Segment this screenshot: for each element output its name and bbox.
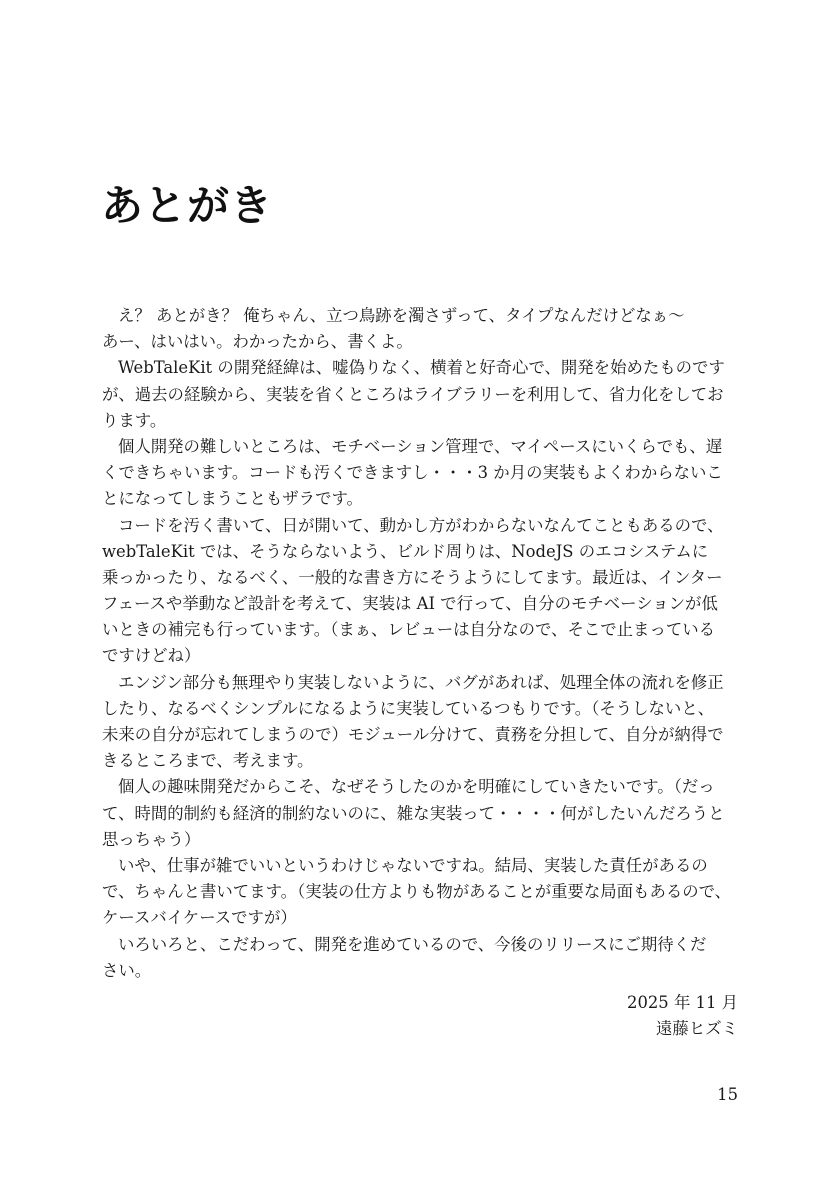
paragraph-line: いときの補完も行っています。（まぁ、レビューは自分なので、そこで止まっている	[102, 617, 742, 643]
paragraph-line: え？ あとがき？ 俺ちゃん、立つ鳥跡を濁さずって、タイプなんだけどなぁ～	[102, 303, 742, 329]
paragraph-line: て、時間的制約も経済的制約ないのに、雑な実装って・・・・何がしたいんだろうと	[102, 801, 742, 827]
paragraph-line: ですけどね）	[102, 643, 742, 669]
paragraph-line: コードを汚く書いて、日が開いて、動かし方がわからないなんてこともあるので、	[102, 513, 742, 539]
paragraph-line: フェースや挙動など設計を考えて、実装は AI で行って、自分のモチベーションが低	[102, 591, 742, 617]
paragraph-line: とになってしまうこともザラです。	[102, 486, 742, 512]
paragraph-line: さい。	[102, 958, 742, 984]
page-number: 15	[717, 1082, 738, 1108]
paragraph-line: あー、はいはい。わかったから、書くよ。	[102, 329, 742, 355]
signature-date: 2025 年 11 月	[627, 990, 738, 1016]
paragraph-line: 個人の趣味開発だからこそ、なぜそうしたのかを明確にしていきたいです。（だっ	[102, 774, 742, 800]
paragraph-line: いろいろと、こだわって、開発を進めているので、今後のリリースにご期待くだ	[102, 932, 742, 958]
paragraph-line: 個人開発の難しいところは、モチベーション管理で、マイペースにいくらでも、遅	[102, 434, 742, 460]
signature-author: 遠藤ヒズミ	[627, 1016, 738, 1042]
paragraph-line: 乗っかったり、なるべく、一般的な書き方にそうようにしてます。最近は、インター	[102, 565, 742, 591]
paragraph-line: 未来の自分が忘れてしまうので）モジュール分けて、責務を分担して、自分が納得で	[102, 722, 742, 748]
paragraph-line: エンジン部分も無理やり実装しないように、バグがあれば、処理全体の流れを修正	[102, 670, 742, 696]
paragraph-line: ります。	[102, 408, 742, 434]
paragraph-line: 思っちゃう）	[102, 827, 742, 853]
paragraph-line: が、過去の経験から、実装を省くところはライブラリーを利用して、省力化をしてお	[102, 382, 742, 408]
paragraph-line: WebTaleKit の開発経緯は、嘘偽りなく、横着と好奇心で、開発を始めたもの…	[102, 355, 742, 381]
paragraph-line: で、ちゃんと書いてます。（実装の仕方よりも物があることが重要な局面もあるので、	[102, 879, 742, 905]
paragraph-line: くできちゃいます。コードも汚くできますし・・・3 か月の実装もよくわからないこ	[102, 460, 742, 486]
signature-block: 2025 年 11 月 遠藤ヒズミ	[627, 990, 738, 1042]
paragraph-line: したり、なるべくシンプルになるように実装しているつもりです。（そうしないと、	[102, 696, 742, 722]
document-page: あとがき え？ あとがき？ 俺ちゃん、立つ鳥跡を濁さずって、タイプなんだけどなぁ…	[0, 0, 839, 1191]
page-title: あとがき	[101, 178, 273, 234]
afterword-body: え？ あとがき？ 俺ちゃん、立つ鳥跡を濁さずって、タイプなんだけどなぁ～ あー、…	[102, 303, 742, 984]
paragraph-line: きるところまで、考えます。	[102, 748, 742, 774]
paragraph-line: ケースバイケースですが）	[102, 905, 742, 931]
paragraph-line: webTaleKit では、そうならないよう、ビルド周りは、NodeJS のエコ…	[102, 539, 742, 565]
paragraph-line: いや、仕事が雑でいいというわけじゃないですね。結局、実装した責任があるの	[102, 853, 742, 879]
